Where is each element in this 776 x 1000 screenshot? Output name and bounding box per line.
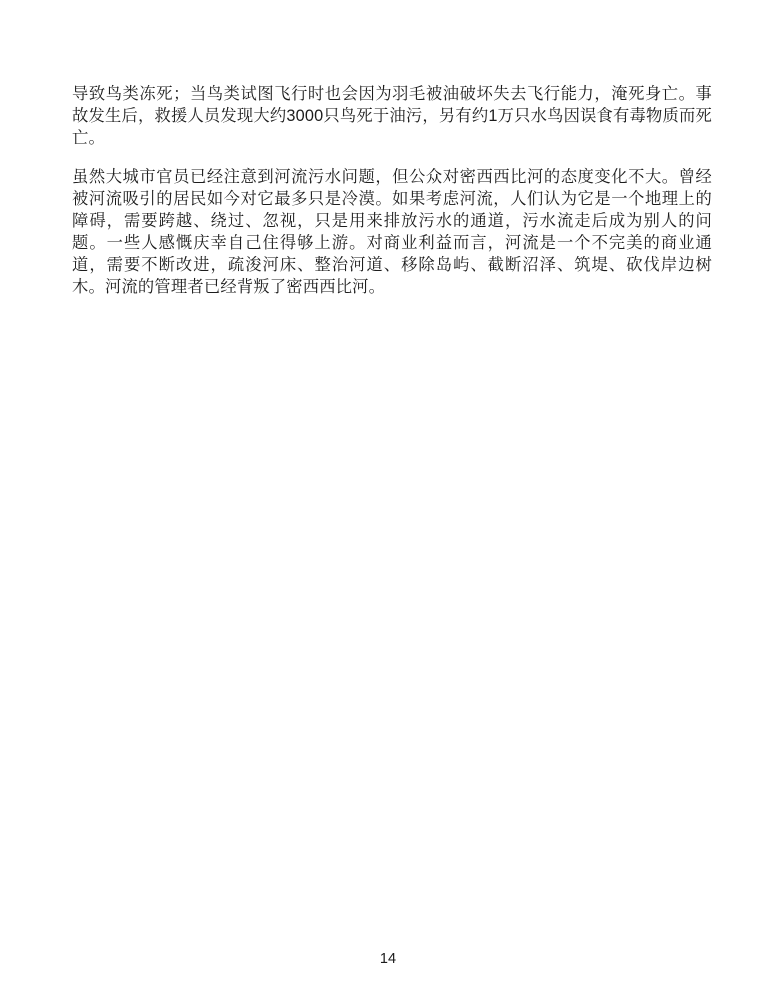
page-footer: 14 <box>0 950 776 968</box>
paragraph-oil-accident: 导致鸟类冻死；当鸟类试图飞行时也会因为羽毛被油破坏失去飞行能力，淹死身亡。事故发… <box>72 83 712 149</box>
page-number: 14 <box>380 951 396 967</box>
text-block: 导致鸟类冻死；当鸟类试图飞行时也会因为羽毛被油破坏失去飞行能力，淹死身亡。事故发… <box>72 83 712 315</box>
paragraph-river-attitude: 虽然大城市官员已经注意到河流污水问题，但公众对密西西比河的态度变化不大。曾经被河… <box>72 166 712 298</box>
document-page: 导致鸟类冻死；当鸟类试图飞行时也会因为羽毛被油破坏失去飞行能力，淹死身亡。事故发… <box>0 0 776 1000</box>
